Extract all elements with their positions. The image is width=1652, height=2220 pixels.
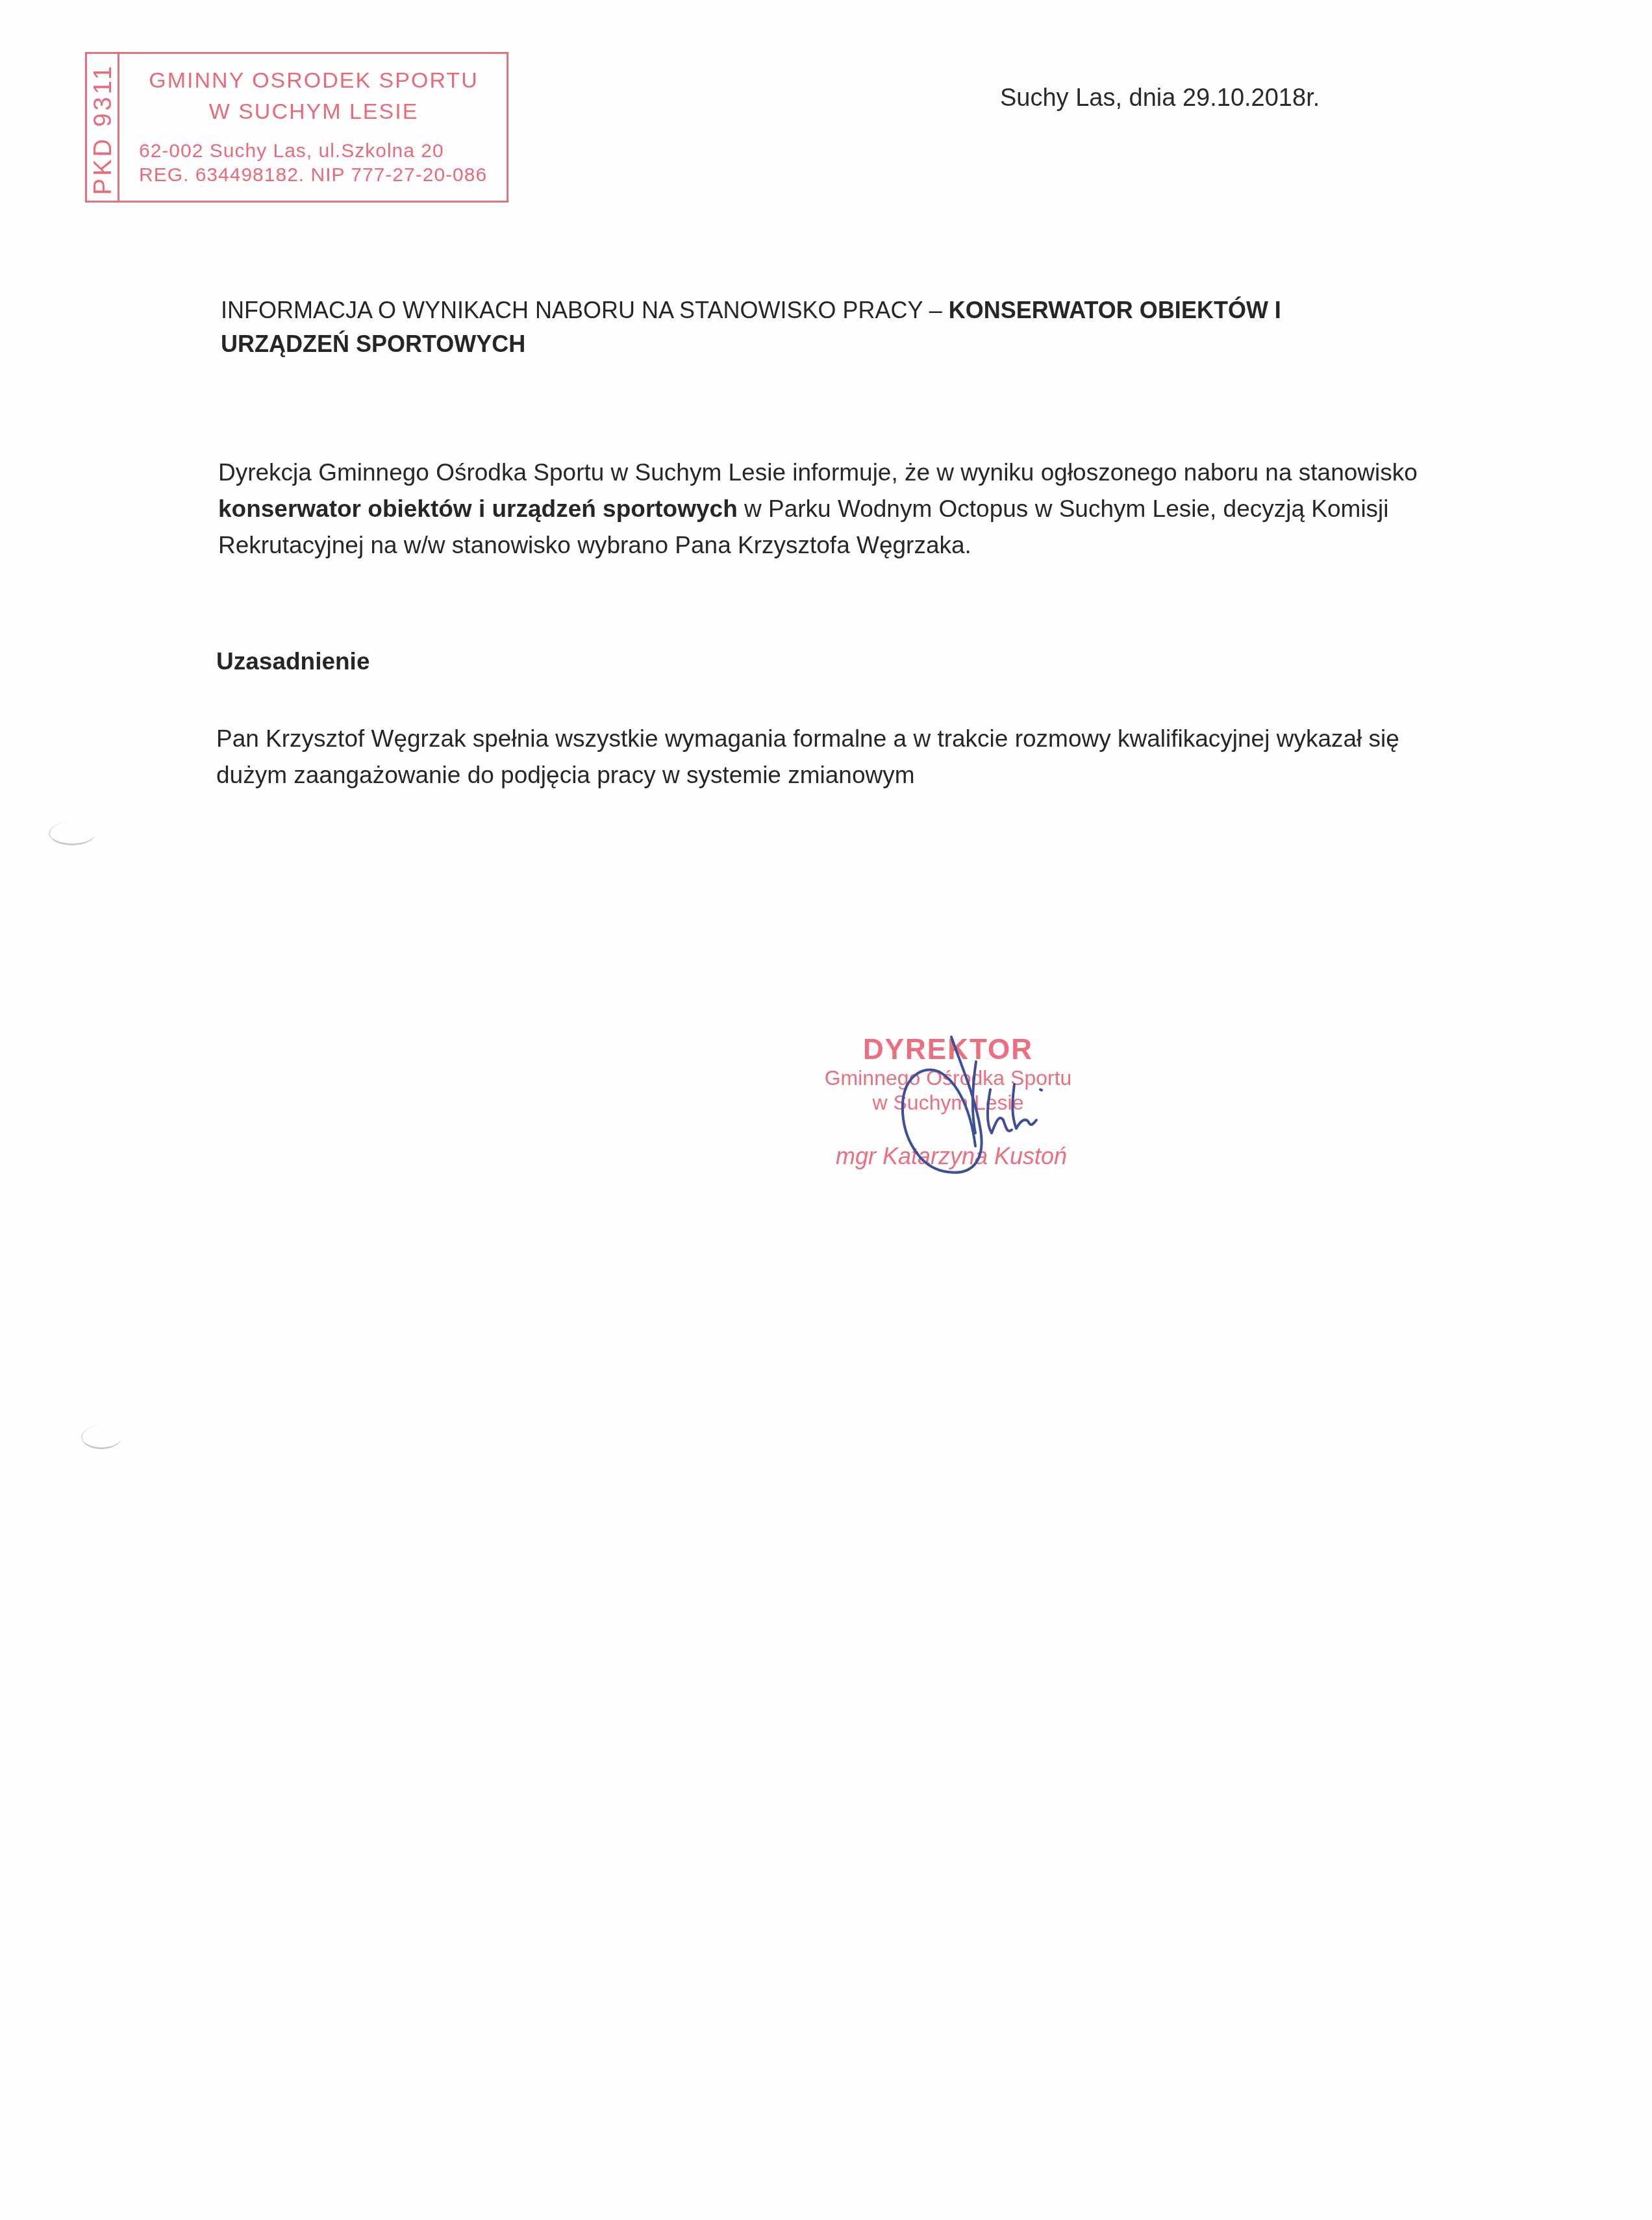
p1-text-before: Dyrekcja Gminnego Ośrodka Sportu w Suchy… bbox=[218, 459, 1418, 486]
institution-stamp: PKD 9311 GMINNY OSRODEK SPORTU W SUCHYM … bbox=[85, 52, 508, 203]
stamp-line-1: GMINNY OSRODEK SPORTU bbox=[121, 68, 507, 94]
heading-normal: INFORMACJA O WYNIKACH NABORU NA STANOWIS… bbox=[221, 297, 949, 323]
stamp-line-2: W SUCHYM LESIE bbox=[121, 99, 507, 125]
director-signature-stamp: DYREKTOR Gminnego Ośrodka Sportu w Suchy… bbox=[805, 1013, 1091, 1182]
punch-hole-mark bbox=[49, 821, 95, 845]
document-page: PKD 9311 GMINNY OSRODEK SPORTU W SUCHYM … bbox=[0, 0, 1652, 2220]
justification-paragraph: Pan Krzysztof Węgrzak spełnia wszystkie … bbox=[216, 721, 1437, 793]
announcement-paragraph: Dyrekcja Gminnego Ośrodka Sportu w Suchy… bbox=[218, 455, 1439, 564]
date-line: Suchy Las, dnia 29.10.2018r. bbox=[1000, 84, 1320, 112]
stamp-address: 62-002 Suchy Las, ul.Szkolna 20 bbox=[139, 140, 444, 162]
stamp-side-code: PKD 9311 bbox=[87, 54, 119, 201]
stamp-code-text: PKD 9311 bbox=[90, 64, 118, 195]
justification-heading: Uzasadnienie bbox=[216, 648, 369, 675]
p1-position-bold: konserwator obiektów i urządzeń sportowy… bbox=[218, 495, 738, 522]
stamp-registration: REG. 634498182. NIP 777-27-20-086 bbox=[139, 164, 487, 186]
document-heading: INFORMACJA O WYNIKACH NABORU NA STANOWIS… bbox=[221, 293, 1390, 361]
punch-hole-mark bbox=[81, 1425, 121, 1449]
handwritten-signature-icon bbox=[805, 974, 1091, 1182]
